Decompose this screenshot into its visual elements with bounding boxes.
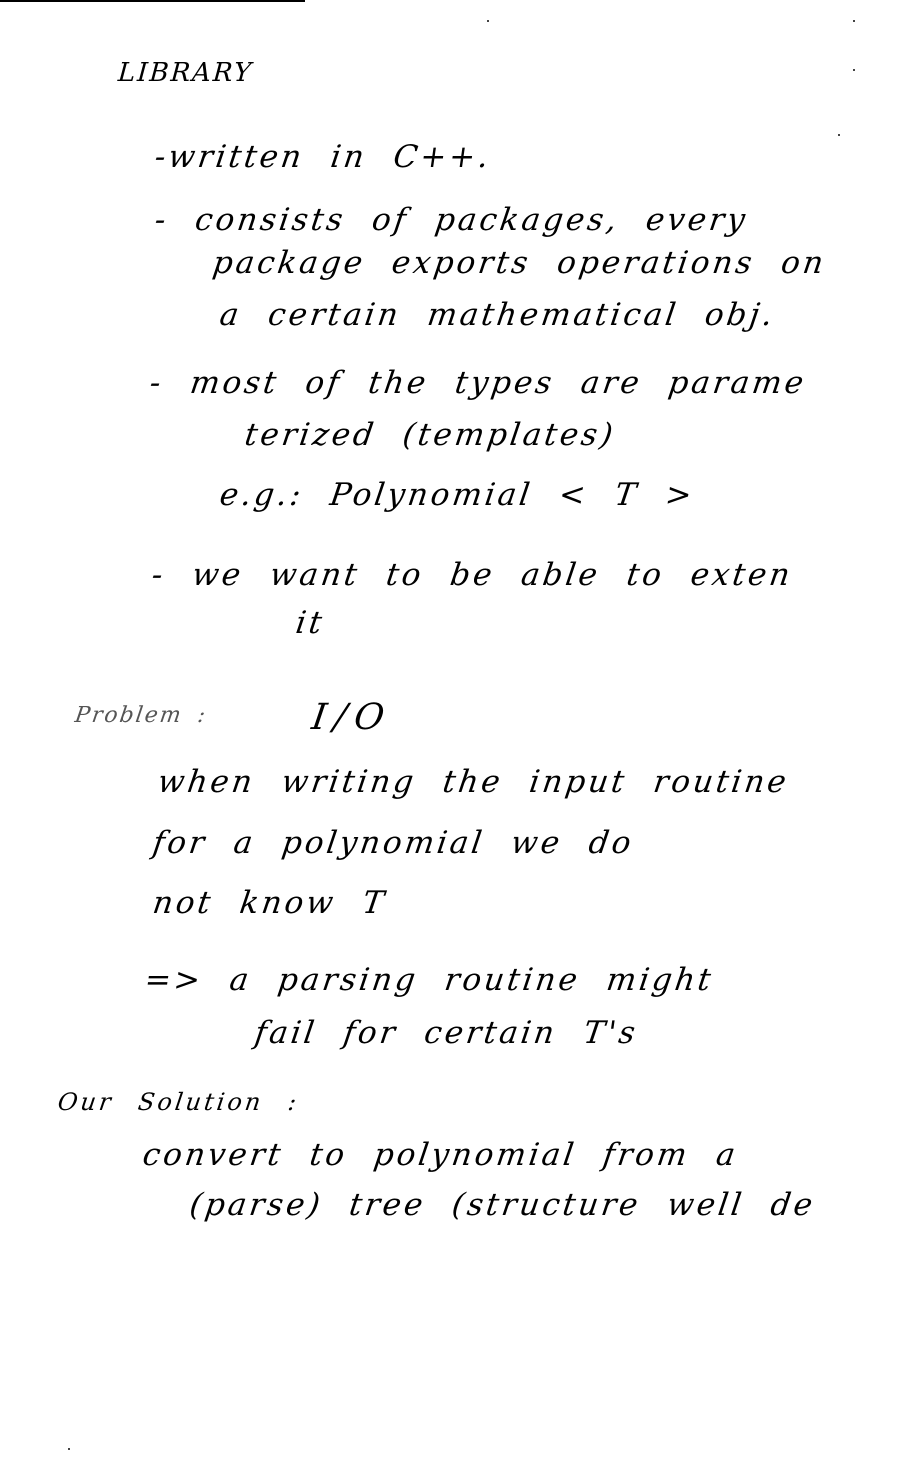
top-edge-line <box>0 0 305 2</box>
page-heading: LIBRARY <box>117 60 254 86</box>
note-line-types-2: terized (templates) <box>243 420 618 451</box>
note-line-extend-1: - we want to be able to exten <box>150 560 795 591</box>
note-line-types-1: - most of the types are parame <box>148 368 808 399</box>
note-line-extend-2: it <box>294 608 327 639</box>
note-line-example: e.g.: Polynomial < T > <box>218 480 697 511</box>
problem-label: Problem : <box>73 705 208 727</box>
scan-speck <box>487 20 489 22</box>
scan-speck <box>853 69 855 71</box>
problem-line-1: when writing the input routine <box>156 767 791 798</box>
scan-speck <box>68 1448 70 1450</box>
solution-label: Our Solution : <box>56 1090 301 1114</box>
scan-speck <box>838 134 840 136</box>
problem-topic: I/O <box>309 700 394 736</box>
note-line-consists-2: package exports operations on <box>211 248 828 279</box>
note-line-written: -written in C++. <box>153 142 493 173</box>
solution-line-2: (parse) tree (structure well de <box>188 1190 817 1221</box>
scan-speck <box>853 20 855 22</box>
problem-line-4: => a parsing routine might <box>143 965 716 996</box>
note-line-consists-1: - consists of packages, every <box>153 205 750 236</box>
solution-line-1: convert to polynomial from a <box>141 1140 740 1171</box>
problem-line-5: fail for certain T's <box>253 1018 640 1049</box>
problem-line-3: not know T <box>151 888 389 919</box>
note-line-consists-3: a certain mathematical obj. <box>218 300 777 331</box>
problem-line-2: for a polynomial we do <box>151 828 636 859</box>
